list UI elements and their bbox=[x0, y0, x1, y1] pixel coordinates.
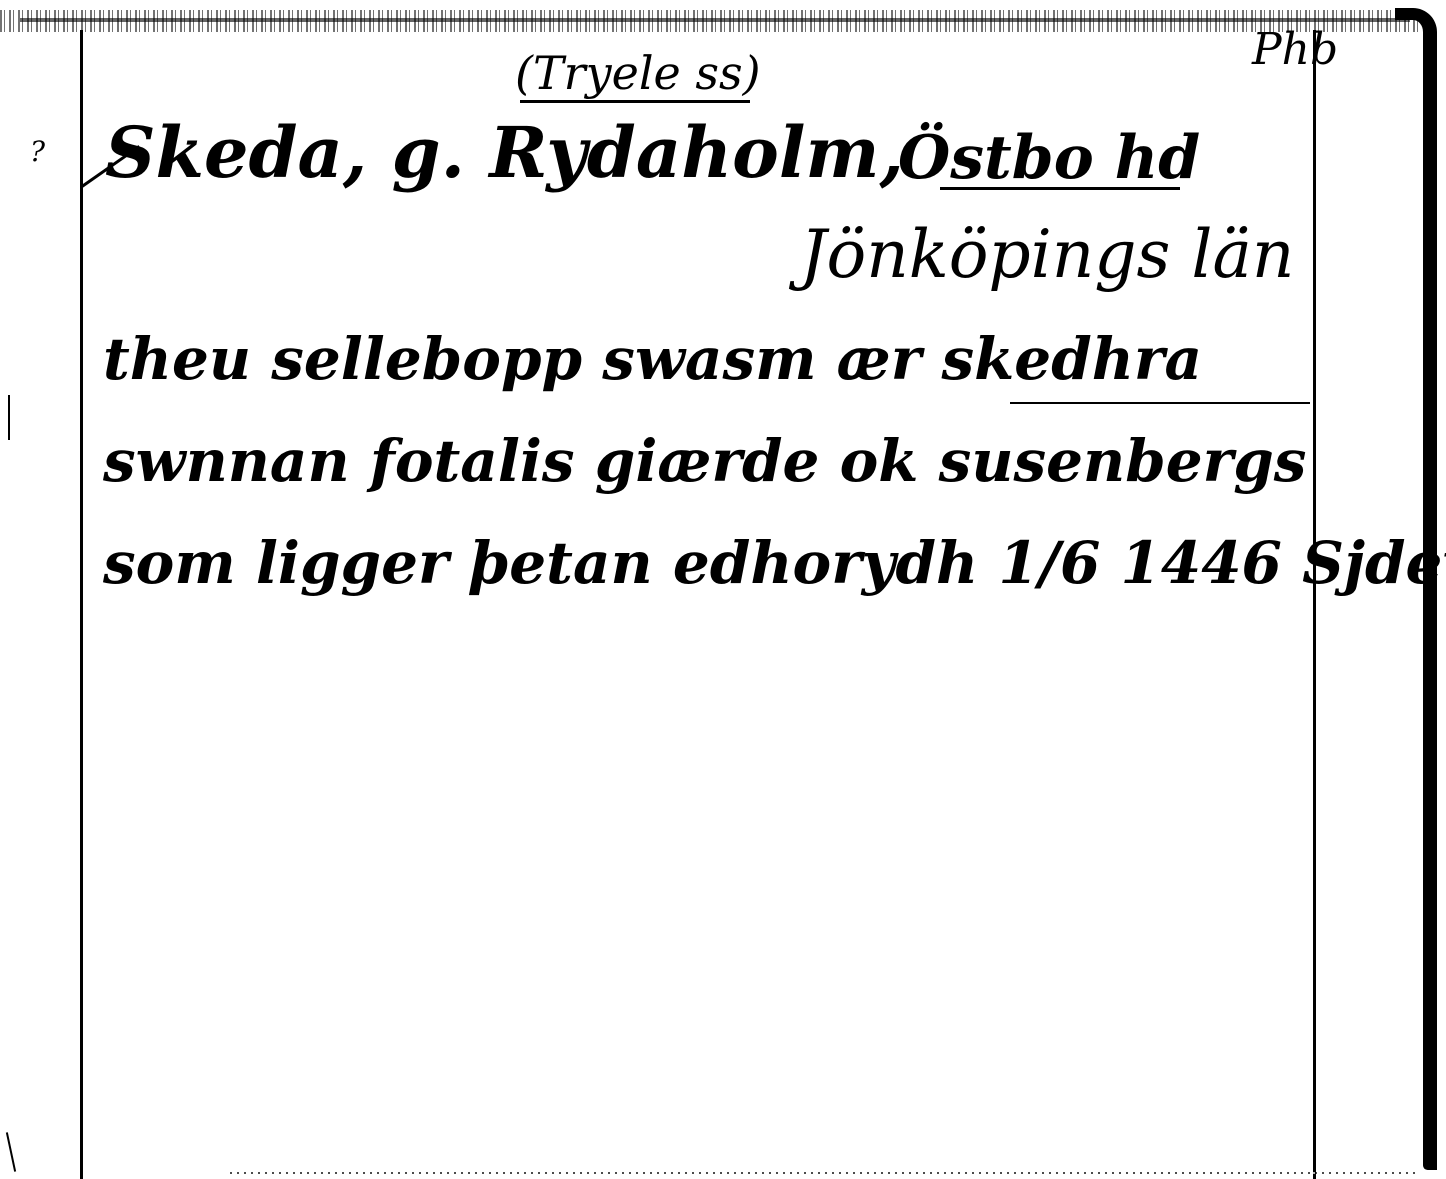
body-line-1: theu sellebopp swasm ær skedhra bbox=[103, 330, 1202, 388]
scan-artifact-mark bbox=[6, 1132, 16, 1172]
entry-number: ? bbox=[30, 138, 45, 166]
county-name: Jönköpings län bbox=[800, 222, 1294, 288]
left-margin-rule bbox=[80, 30, 83, 1179]
place-title: Skeda, g. Rydaholm, bbox=[105, 118, 904, 188]
index-card: (Tryele ss) Phb ? Skeda, g. Rydaholm, Ös… bbox=[0, 0, 1446, 1179]
scan-artifact-mark bbox=[8, 395, 10, 440]
topic-heading: (Tryele ss) bbox=[515, 50, 761, 96]
district-name: Östbo hd bbox=[898, 128, 1200, 188]
card-top-border bbox=[20, 18, 1410, 22]
body-line-3: som ligger þetan edhorydh 1/6 1446 Sjdew bbox=[103, 534, 1446, 592]
card-bottom-edge bbox=[230, 1172, 1420, 1174]
skedhra-underline bbox=[1010, 402, 1310, 404]
topic-underline bbox=[520, 100, 750, 103]
reference-mark: Phb bbox=[1252, 28, 1338, 72]
district-underline bbox=[940, 187, 1180, 190]
card-right-edge bbox=[1423, 30, 1437, 1170]
right-margin-rule bbox=[1313, 30, 1316, 1179]
body-line-2: swnnan fotalis giærde ok susenbergs bbox=[103, 432, 1306, 490]
